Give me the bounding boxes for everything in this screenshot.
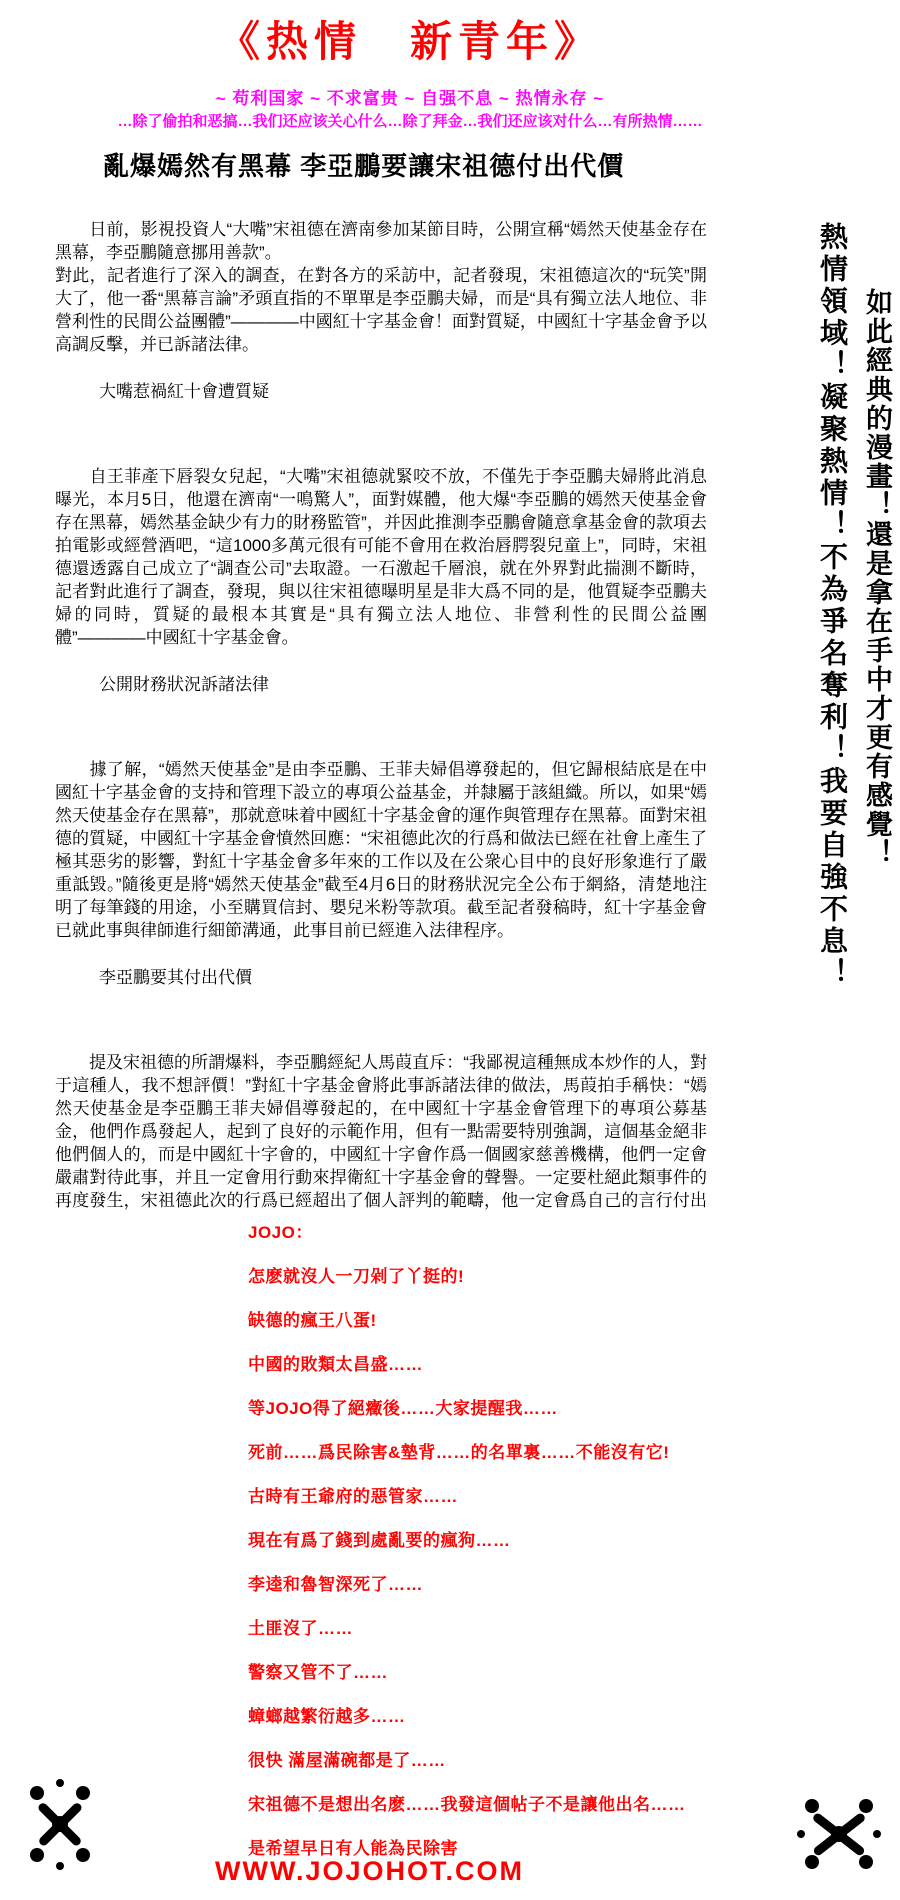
site-url-link[interactable]: WWW.JOJOHOT.COM [215,1856,524,1887]
comment-line: 缺德的瘋王八蛋! [248,1306,808,1350]
vertical-slogan-outer: 如此經典的漫畫！還是拿在手中才更有感覺！ [858,288,897,868]
vertical-slogan-inner: 熱情領域！凝聚熱情！不為爭名奪利！我要自強不息！ [812,222,852,990]
comment-line: 李逵和魯智深死了…… [248,1570,808,1614]
comment-line: 宋祖德不是想出名麽……我發這個帖子不是讓他出名…… [248,1790,808,1834]
article-block: 大嘴惹禍紅十會遭質疑 [55,380,707,403]
article-block: 公開財務狀況訴諸法律 [55,673,707,696]
comment-line: 很快 滿屋滿碗都是了…… [248,1746,808,1790]
comment-line: 警察又管不了…… [248,1658,808,1702]
comment-line: 怎麽就沒人一刀剁了丫挺的! [248,1262,808,1306]
article-block: 據了解，“嫣然天使基金”是由李亞鵬、王菲夫婦倡導發起的，但它歸根結底是在中國紅十… [55,758,707,942]
article: 亂爆嫣然有黑幕 李亞鵬要讓宋祖德付出代價 日前，影視投資人“大嘴”宋祖德在濟南參… [55,150,707,1212]
article-block: 提及宋祖德的所謂爆料，李亞鵬經紀人馬葭直斥：“我鄙視這種無成本炒作的人，對于這種… [55,1051,707,1212]
comment-line: 中國的敗類太昌盛…… [248,1350,808,1394]
article-block: 日前，影視投資人“大嘴”宋祖德在濟南參加某節目時，公開宣稱“嫣然天使基金存在黑幕… [55,218,707,356]
motto-line-1: ~ 苟利国家 ~ 不求富贵 ~ 自强不息 ~ 热情永存 ~ [0,84,820,109]
comment-line: 古時有王爺府的惡管家…… [248,1482,808,1526]
masthead: 《热情 新青年》 ~ 苟利国家 ~ 不求富贵 ~ 自强不息 ~ 热情永存 ~ …… [0,18,820,131]
article-block: 自王菲產下唇裂女兒起，“大嘴”宋祖德就緊咬不放，不僅先于李亞鵬夫婦將此消息曝光，… [55,465,707,649]
comment-line: 等JOJO得了絕癥後……大家提醒我…… [248,1394,808,1438]
comments-list: JOJO： 怎麽就沒人一刀剁了丫挺的! 缺德的瘋王八蛋! 中國的敗類太昌盛…… … [248,1218,808,1878]
page-root: 《热情 新青年》 ~ 苟利国家 ~ 不求富贵 ~ 自强不息 ~ 热情永存 ~ …… [0,0,900,1900]
article-headline: 亂爆嫣然有黑幕 李亞鵬要讓宋祖德付出代價 [55,150,707,182]
comment-line: 蟑螂越繁衍越多…… [248,1702,808,1746]
corner-ornament-right-icon [796,1788,882,1887]
comment-line: JOJO： [248,1218,808,1262]
comment-line: 死前……爲民除害&墊背……的名單裏……不能沒有它! [248,1438,808,1482]
comment-line: 土匪沒了…… [248,1614,808,1658]
motto-line-2: …除了偷拍和恶搞…我们还应该关心什么…除了拜金…我们还应该对什么…有所热情…… [0,110,820,131]
corner-ornament-left-icon [24,1778,96,1877]
comment-line: 現在有爲了錢到處亂要的瘋狗…… [248,1526,808,1570]
article-body: 日前，影視投資人“大嘴”宋祖德在濟南參加某節目時，公開宣稱“嫣然天使基金存在黑幕… [55,218,707,1212]
site-title: 《热情 新青年》 [0,18,820,66]
article-block: 李亞鵬要其付出代價 [55,966,707,989]
